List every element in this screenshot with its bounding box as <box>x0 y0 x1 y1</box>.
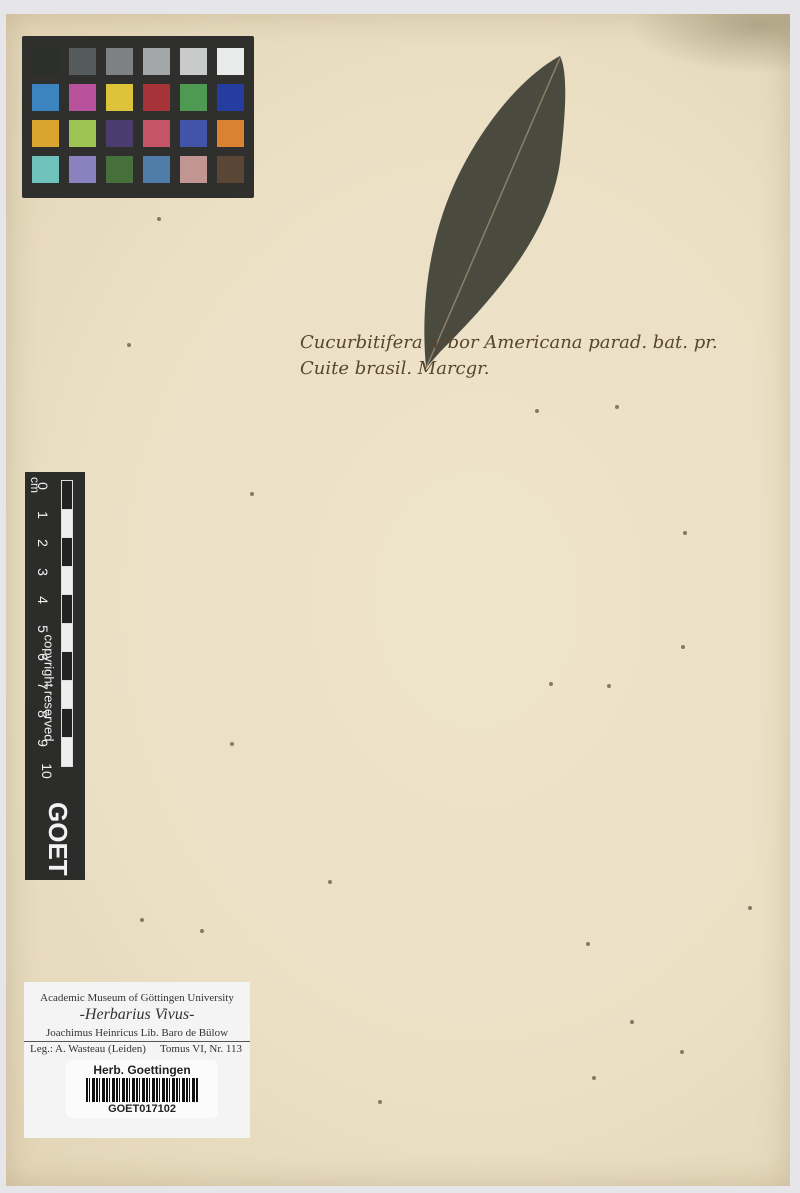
foxing-spot <box>607 684 611 688</box>
volume-number: Tomus VI, Nr. 113 <box>160 1043 242 1055</box>
scale-number: 3 <box>35 568 51 576</box>
color-patch <box>106 156 133 183</box>
color-patch <box>180 48 207 75</box>
foxing-spot <box>250 492 254 496</box>
scale-segment <box>61 708 73 738</box>
color-patch <box>69 156 96 183</box>
color-patch <box>32 120 59 147</box>
scale-number: 2 <box>35 539 51 547</box>
scale-number: 4 <box>35 596 51 604</box>
pressed-leaf-specimen <box>410 52 570 370</box>
foxing-spot <box>378 1100 382 1104</box>
scale-segment <box>61 566 73 596</box>
scale-number: 0 <box>35 482 51 490</box>
color-patch <box>106 48 133 75</box>
foxing-spot <box>200 929 204 933</box>
scale-number: 7 <box>35 682 51 690</box>
color-patch <box>106 120 133 147</box>
color-patch <box>180 120 207 147</box>
barcode-title: Herb. Goettingen <box>66 1063 218 1077</box>
scale-segment <box>61 737 73 767</box>
color-checker-card <box>22 36 254 198</box>
color-patch <box>32 84 59 111</box>
collector: Leg.: A. Wasteau (Leiden) <box>30 1043 146 1055</box>
scale-number: 10 <box>39 763 55 779</box>
herbarium-owner: Joachimus Heinricus Lib. Baro de Bülow <box>24 1027 250 1042</box>
color-patch <box>69 84 96 111</box>
collection-title: -Herbarius Vivus- <box>24 1006 250 1024</box>
scale-number: 9 <box>35 739 51 747</box>
scale-segment <box>61 680 73 710</box>
foxing-spot <box>615 405 619 409</box>
color-patch <box>217 84 244 111</box>
color-patch <box>143 48 170 75</box>
color-patch <box>180 84 207 111</box>
color-patch <box>143 84 170 111</box>
scale-number: 5 <box>35 625 51 633</box>
barcode-number: GOET017102 <box>66 1103 218 1115</box>
scale-bar: cm copyright reserved GOET 012345678910 <box>25 472 85 880</box>
scale-segment <box>61 509 73 539</box>
color-patch <box>106 84 133 111</box>
foxing-spot <box>680 1050 684 1054</box>
scale-segment <box>61 537 73 567</box>
foxing-spot <box>586 942 590 946</box>
handwritten-line-1: Cucurbitifera arbor Americana parad. bat… <box>300 330 718 356</box>
scale-segment <box>61 651 73 681</box>
scale-segment <box>61 623 73 653</box>
color-patch <box>217 120 244 147</box>
foxing-spot <box>140 918 144 922</box>
color-patch <box>180 156 207 183</box>
scale-number: 6 <box>35 653 51 661</box>
foxing-spot <box>157 217 161 221</box>
foxing-spot <box>328 880 332 884</box>
institution-label: Academic Museum of Göttingen University … <box>24 982 250 1138</box>
foxing-spot <box>630 1020 634 1024</box>
museum-name: Academic Museum of Göttingen University <box>24 992 250 1004</box>
handwritten-line-2: Cuite brasil. Marcgr. <box>300 356 718 382</box>
color-patch <box>217 156 244 183</box>
color-patch <box>143 120 170 147</box>
color-patch <box>69 48 96 75</box>
color-patch <box>69 120 96 147</box>
goet-logo: GOET <box>42 802 73 876</box>
color-patch <box>217 48 244 75</box>
foxing-spot <box>230 742 234 746</box>
foxing-spot <box>127 343 131 347</box>
color-patch <box>143 156 170 183</box>
color-patch <box>32 156 59 183</box>
foxing-spot <box>683 531 687 535</box>
foxing-spot <box>549 682 553 686</box>
foxing-spot <box>535 409 539 413</box>
scale-segment <box>61 594 73 624</box>
scale-number: 8 <box>35 710 51 718</box>
handwritten-label: Cucurbitifera arbor Americana parad. bat… <box>300 330 718 382</box>
foxing-spot <box>592 1076 596 1080</box>
color-patch <box>32 48 59 75</box>
barcode-icon <box>86 1078 198 1102</box>
foxing-spot <box>681 645 685 649</box>
scale-number: 1 <box>35 511 51 519</box>
foxing-spot <box>748 906 752 910</box>
barcode-label: Herb. Goettingen GOET017102 <box>66 1060 218 1118</box>
scale-segment <box>61 480 73 510</box>
